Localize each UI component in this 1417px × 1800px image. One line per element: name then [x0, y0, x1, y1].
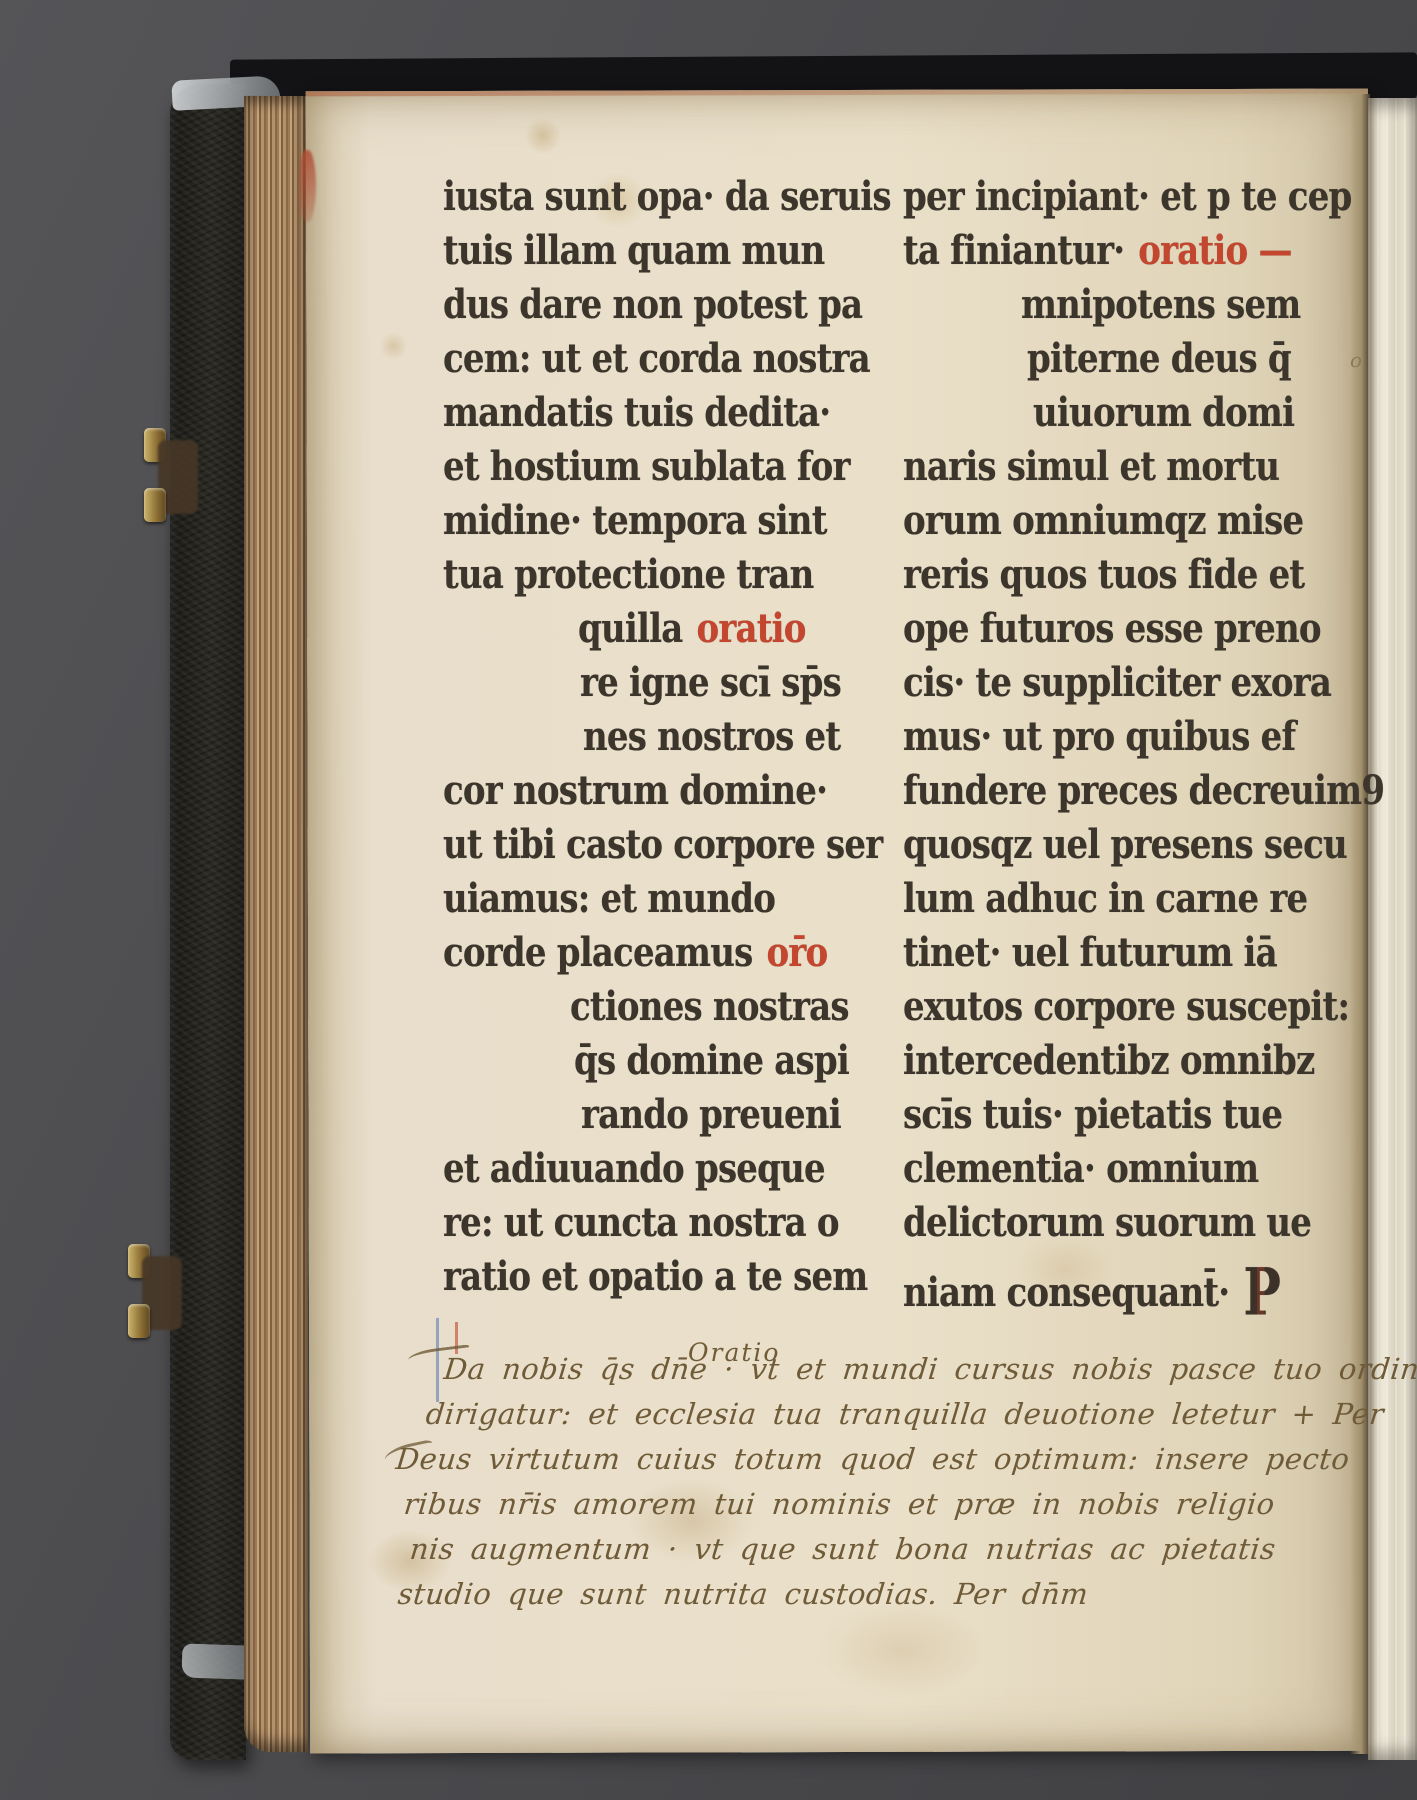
text-line: nes nostros et — [443, 720, 898, 774]
text-line: niam consequant̄·P — [903, 1260, 1358, 1314]
text-segment: corde placeamus — [443, 930, 752, 977]
text-line: uiuorum domi — [903, 396, 1358, 450]
text-segment: naris simul et mortu — [903, 444, 1279, 491]
text-segment: tua protectione tran — [443, 552, 814, 599]
text-segment: ratio et opatio a te sem — [443, 1254, 867, 1301]
text-line: studio que sunt nutrita custodias. Per d… — [396, 1577, 1376, 1622]
text-line: orum omniumqz mise — [903, 504, 1358, 558]
text-segment: delictorum suorum ue — [903, 1200, 1311, 1247]
text-segment: piterne deus q̄ — [1027, 336, 1291, 383]
text-segment: q̄s domine aspi — [574, 1038, 849, 1085]
text-line: ctiones nostras — [443, 990, 898, 1044]
text-line: ribus nr̄is amorem tui nominis et præ in… — [396, 1487, 1376, 1532]
text-line: mandatis tuis dedita· — [443, 396, 898, 450]
text-segment: nes nostros et — [583, 714, 840, 761]
margin-circle-mark: o — [1350, 348, 1362, 372]
text-line: piterne deus q̄ — [903, 342, 1358, 396]
text-segment: ope futuros esse preno — [903, 606, 1321, 653]
text-segment: cis· te suppliciter exora — [903, 660, 1331, 707]
text-segment: ta finiantur· — [903, 228, 1124, 275]
text-segment: exutos corpore suscepit: — [903, 984, 1349, 1031]
text-segment: reris quos tuos fide et — [903, 552, 1304, 599]
text-line: fundere preces decreuim9 — [903, 774, 1358, 828]
text-line: ut tibi casto corpore ser — [443, 828, 898, 882]
text-line: re: ut cuncta nostra o — [443, 1206, 898, 1260]
text-segment: ut tibi casto corpore ser — [443, 822, 882, 869]
text-line: mus· ut pro quibus ef — [903, 720, 1358, 774]
text-line: midine· tempora sint — [443, 504, 898, 558]
text-line: ratio et opatio a te sem — [443, 1260, 898, 1314]
per-abbreviation-glyph: P — [1243, 1254, 1280, 1331]
text-line: per incipiant· et p te cep — [903, 180, 1358, 234]
text-segment: ribus nr̄is amorem tui nominis et præ in… — [402, 1487, 1276, 1521]
text-line: delictorum suorum ue — [903, 1206, 1358, 1260]
text-line: tuis illam quam mun — [443, 234, 898, 288]
text-segment: re igne scī sp̄s — [580, 660, 841, 707]
text-segment: cor nostrum domine· — [443, 768, 827, 815]
text-line: tua protectione tran — [443, 558, 898, 612]
text-line: mnipotens sem — [903, 288, 1358, 342]
text-line: naris simul et mortu — [903, 450, 1358, 504]
text-line: reris quos tuos fide et — [903, 558, 1358, 612]
text-segment: ctiones nostras — [570, 984, 849, 1031]
text-segment: cem: ut et corda nostra — [443, 336, 870, 383]
text-overlay: iusta sunt opa· da seruistuis illam quam… — [0, 0, 1417, 1800]
text-line: ta finiantur·oratio — — [903, 234, 1358, 288]
text-line: quillaoratio — [443, 612, 898, 666]
text-segment: intercedentibz omnibz — [903, 1038, 1314, 1085]
text-segment: fundere preces decreuim9 — [903, 768, 1384, 815]
text-segment: tinet· uel futurum iā — [903, 930, 1277, 977]
text-line: cor nostrum domine· — [443, 774, 898, 828]
text-line: dirigatur: et ecclesia tua tranquilla de… — [396, 1397, 1376, 1442]
text-line: cem: ut et corda nostra — [443, 342, 898, 396]
text-line: corde placeamusor̄o — [443, 936, 898, 990]
text-line: dus dare non potest pa — [443, 288, 898, 342]
text-line: scīs tuis· pietatis tue — [903, 1098, 1358, 1152]
text-line: Da nobis q̄s dn̄e · vt et mundi cursus n… — [396, 1352, 1376, 1397]
text-line: iusta sunt opa· da seruis — [443, 180, 898, 234]
text-line: q̄s domine aspi — [443, 1044, 898, 1098]
text-line: lum adhuc in carne re — [903, 882, 1358, 936]
text-segment: mnipotens sem — [1021, 282, 1300, 329]
text-line: cis· te suppliciter exora — [903, 666, 1358, 720]
text-line: clementia· omnium — [903, 1152, 1358, 1206]
text-segment: mus· ut pro quibus ef — [903, 714, 1295, 761]
text-segment: niam consequant̄· — [903, 1270, 1229, 1317]
text-line: exutos corpore suscepit: — [903, 990, 1358, 1044]
text-line: intercedentibz omnibz — [903, 1044, 1358, 1098]
text-segment: et adiuuando pseque — [443, 1146, 825, 1193]
text-segment: dus dare non potest pa — [443, 282, 862, 329]
text-line: et adiuuando pseque — [443, 1152, 898, 1206]
text-line: nis augmentum · vt que sunt bona nutrias… — [396, 1532, 1376, 1577]
rubric-text: oratio — — [1138, 228, 1291, 275]
text-segment: Da nobis q̄s dn̄e · vt et mundi cursus n… — [442, 1352, 1417, 1386]
text-segment: per incipiant· et p te cep — [903, 174, 1352, 221]
text-segment: quilla — [578, 606, 682, 653]
text-line: rando preueni — [443, 1098, 898, 1152]
text-segment: dirigatur: et ecclesia tua tranquilla de… — [424, 1397, 1385, 1431]
photo-background: iusta sunt opa· da seruistuis illam quam… — [0, 0, 1417, 1800]
text-line: Deus virtutum cuius totum quod est optim… — [396, 1442, 1376, 1487]
text-segment: uiamus: et mundo — [443, 876, 775, 923]
text-segment: clementia· omnium — [903, 1146, 1258, 1193]
text-line: tinet· uel futurum iā — [903, 936, 1358, 990]
text-segment: mandatis tuis dedita· — [443, 390, 830, 437]
text-line: uiamus: et mundo — [443, 882, 898, 936]
text-column-right: per incipiant· et p te cepta finiantur·o… — [903, 180, 1358, 1314]
text-line: et hostium sublata for — [443, 450, 898, 504]
text-segment: lum adhuc in carne re — [903, 876, 1307, 923]
cursive-addition: Da nobis q̄s dn̄e · vt et mundi cursus n… — [396, 1352, 1376, 1622]
text-segment: et hostium sublata for — [443, 444, 850, 491]
text-segment: rando preueni — [581, 1092, 841, 1139]
text-segment: Deus virtutum cuius totum quod est optim… — [394, 1442, 1351, 1476]
text-segment: uiuorum domi — [1033, 390, 1294, 437]
text-line: ope futuros esse preno — [903, 612, 1358, 666]
text-line: quosqz uel presens secu — [903, 828, 1358, 882]
rubric-text: oratio — [696, 606, 805, 653]
text-segment: studio que sunt nutrita custodias. Per d… — [396, 1577, 1090, 1611]
text-segment: quosqz uel presens secu — [903, 822, 1347, 869]
rubric-text: or̄o — [766, 930, 827, 977]
text-segment: orum omniumqz mise — [903, 498, 1303, 545]
text-column-left: iusta sunt opa· da seruistuis illam quam… — [443, 180, 898, 1314]
text-segment: iusta sunt opa· da seruis — [443, 174, 891, 221]
text-segment: scīs tuis· pietatis tue — [903, 1092, 1282, 1139]
text-segment: re: ut cuncta nostra o — [443, 1200, 839, 1247]
text-segment: nis augmentum · vt que sunt bona nutrias… — [408, 1532, 1277, 1566]
text-line: re igne scī sp̄s — [443, 666, 898, 720]
text-segment: tuis illam quam mun — [443, 228, 824, 275]
text-segment: midine· tempora sint — [443, 498, 827, 545]
